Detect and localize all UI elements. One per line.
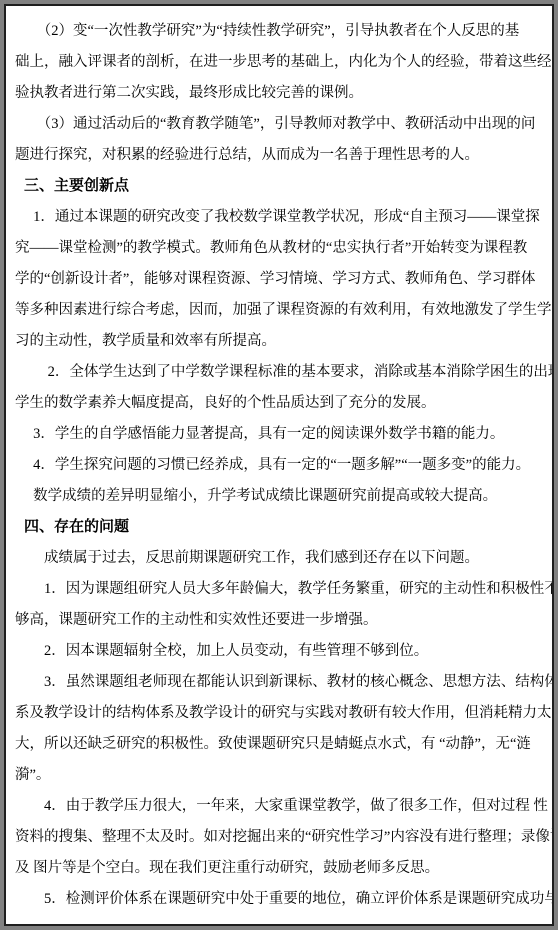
document-line: 够高，课题研究工作的主动性和实效性还要进一步增强。 — [15, 605, 543, 636]
document-line: 3．虽然课题组老师现在都能认识到新课标、教材的核心概念、思想方法、结构体 — [15, 667, 543, 698]
document-page: （2）变“一次性教学研究”为“持续性教学研究”，引导执教者在个人反思的基础上，融… — [4, 4, 554, 926]
document-line: 5．检测评价体系在课题研究中处于重要的地位，确立评价体系是课题研究成功与 — [15, 884, 543, 915]
document-line: 1．因为课题组研究人员大多年龄偏大，教学任务繁重，研究的主动性和积极性不 — [15, 574, 543, 605]
document-line: 四、存在的问题 — [15, 512, 543, 543]
document-line: 2．全体学生达到了中学数学课程标准的基本要求，消除或基本消除学困生的出现， — [15, 357, 543, 388]
document-line: 学生的数学素养大幅度提高，良好的个性品质达到了充分的发展。 — [15, 388, 543, 419]
document-line: 大，所以还缺乏研究的积极性。致使课题研究只是蜻蜓点水式，有 “动静”，无“涟 — [15, 729, 543, 760]
document-line: （3）通过活动后的“教育教学随笔”，引导教师对教学中、教研活动中出现的问 — [15, 109, 543, 140]
document-line: 础上，融入评课者的剖析，在进一步思考的基础上，内化为个人的经验，带着这些经 — [15, 47, 543, 78]
document-line: 学的“创新设计者”，能够对课程资源、学习情境、学习方式、教师角色、学习群体 — [15, 264, 543, 295]
document-line: 资料的搜集、整理不太及时。如对挖掘出来的“研究性学习”内容没有进行整理；录像课 — [15, 822, 543, 853]
document-line: 及 图片等是个空白。现在我们更注重行动研究，鼓励老师多反思。 — [15, 853, 543, 884]
document-line: 漪”。 — [15, 760, 543, 791]
document-line: 究——课堂检测”的教学模式。教师角色从教材的“忠实执行者”开始转变为课程教 — [15, 233, 543, 264]
document-line: 成绩属于过去，反思前期课题研究工作，我们感到还存在以下问题。 — [15, 543, 543, 574]
document-line: 等多种因素进行综合考虑，因而，加强了课程资源的有效利用，有效地激发了学生学 — [15, 295, 543, 326]
document-line: 习的主动性，教学质量和效率有所提高。 — [15, 326, 543, 357]
document-line: 3．学生的自学感悟能力显著提高，具有一定的阅读课外数学书籍的能力。 — [15, 419, 543, 450]
document-line: 4．由于教学压力很大，一年来，大家重课堂教学，做了很多工作，但对过程 性 — [15, 791, 543, 822]
document-line: 三、主要创新点 — [15, 171, 543, 202]
document-line: 题进行探究，对积累的经验进行总结，从而成为一名善于理性思考的人。 — [15, 140, 543, 171]
document-line: （2）变“一次性教学研究”为“持续性教学研究”，引导执教者在个人反思的基 — [15, 16, 543, 47]
document-line: 4．学生探究问题的习惯已经养成，具有一定的“一题多解”“一题多变”的能力。 — [15, 450, 543, 481]
document-line: 1．通过本课题的研究改变了我校数学课堂教学状况，形成“自主预习——课堂探 — [15, 202, 543, 233]
document-line: 系及教学设计的结构体系及教学设计的研究与实践对教研有较大作用，但消耗精力太 — [15, 698, 543, 729]
document-line: 验执教者进行第二次实践，最终形成比较完善的课例。 — [15, 78, 543, 109]
document-line: 数学成绩的差异明显缩小，升学考试成绩比课题研究前提高或较大提高。 — [15, 481, 543, 512]
document-body: （2）变“一次性教学研究”为“持续性教学研究”，引导执教者在个人反思的基础上，融… — [15, 16, 543, 915]
document-line: 2．因本课题辐射全校，加上人员变动，有些管理不够到位。 — [15, 636, 543, 667]
